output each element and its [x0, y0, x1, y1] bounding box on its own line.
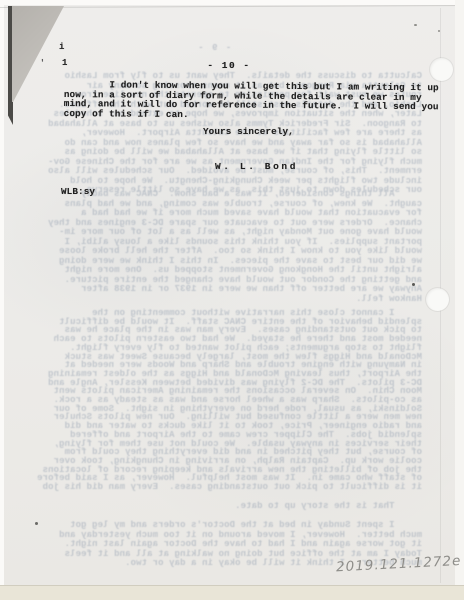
bleed-paragraph: That is the story up to date. [44, 502, 422, 512]
stray-typed-mark: i [59, 42, 65, 52]
letter-body-paragraph: I don't know when you will get this but … [64, 80, 439, 122]
dust-speck [412, 283, 415, 286]
punch-hole-middle [426, 288, 449, 311]
signature-name: W. L. Bond [215, 161, 298, 172]
page-number: - 10 - [0, 60, 458, 71]
stray-typed-mark: 1 [62, 58, 68, 68]
reference-initials: WLB:sy [61, 186, 95, 197]
bleed-paragraph: I cannot close this narrative without co… [44, 309, 422, 492]
dust-speck [35, 522, 38, 525]
dust-speck [438, 30, 440, 32]
dust-speck [414, 24, 417, 26]
bleed-page-number: - 9 - [44, 44, 422, 54]
closing-line: Yours sincerely, [203, 126, 294, 137]
bleed-paragraph: All things considered, it was a bad show… [44, 190, 422, 304]
stray-typed-mark: ' [40, 59, 45, 68]
scan-right-margin [455, 0, 464, 600]
scanned-letter-page: - 9 - Calcutta to discuss the details. T… [0, 0, 464, 600]
